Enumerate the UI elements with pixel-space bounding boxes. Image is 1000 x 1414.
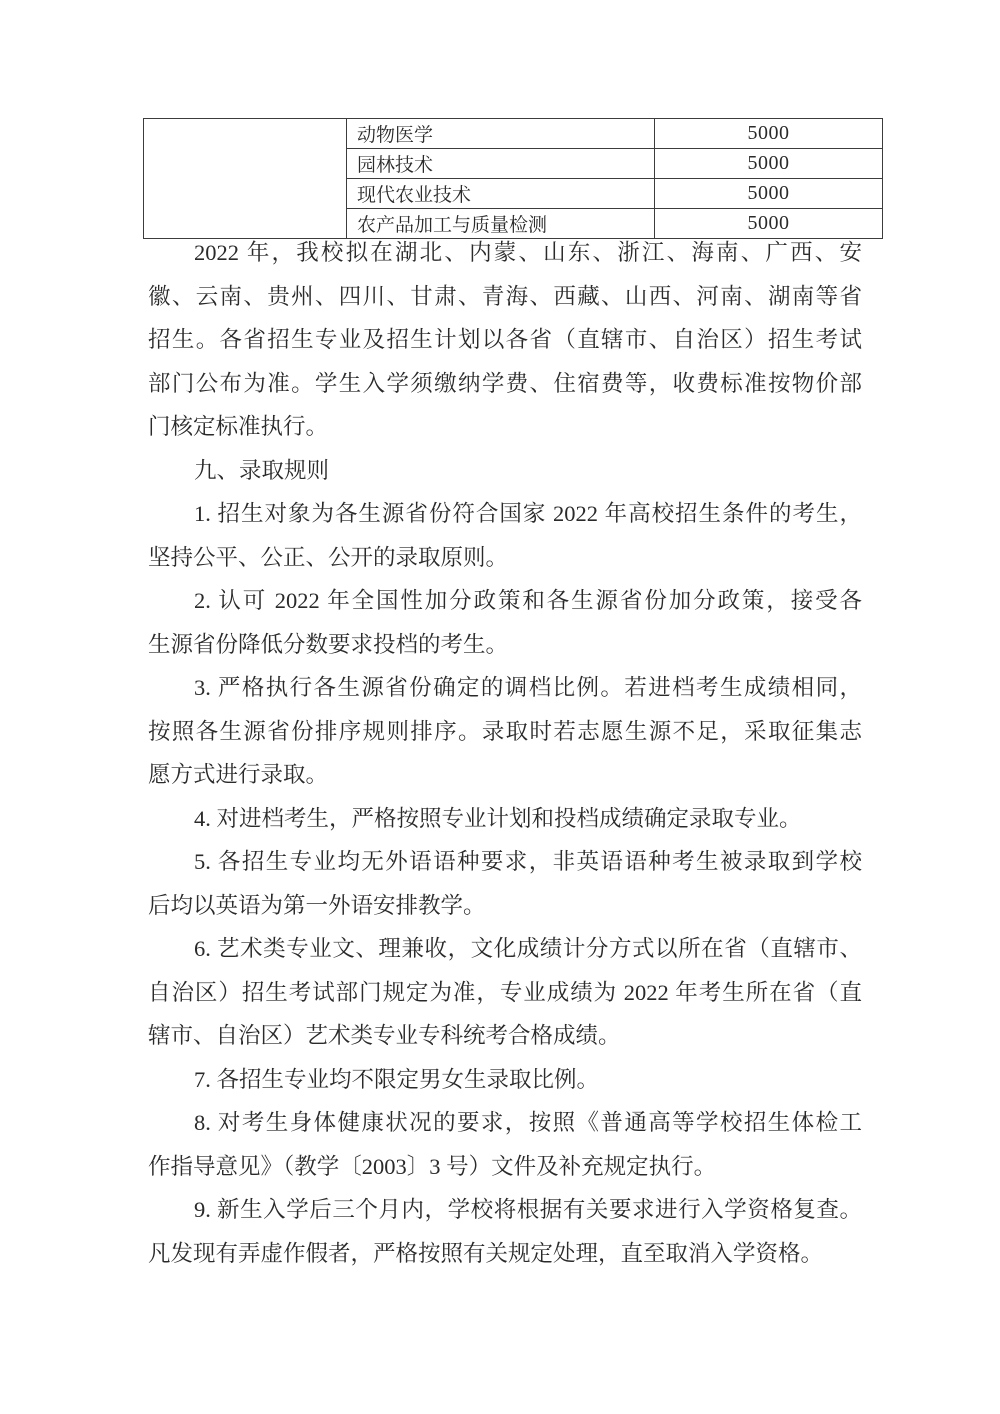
section-heading: 九、录取规则 [148, 449, 862, 493]
rule-item-3: 3. 严格执行各生源省份确定的调档比例。若进档考生成绩相同， 按照各生源省份排序… [148, 666, 862, 797]
rule-item-2: 2. 认可 2022 年全国性加分政策和各生源省份加分政策，接受各 生源省份降低… [148, 579, 862, 666]
text-line: 按照各生源省份排序规则排序。录取时若志愿生源不足，采取征集志 [148, 710, 862, 754]
text-line: 部门公布为准。学生入学须缴纳学费、住宿费等，收费标准按物价部 [148, 362, 862, 406]
text-line: 愿方式进行录取。 [148, 753, 862, 797]
text-line: 2. 认可 2022 年全国性加分政策和各生源省份加分政策，接受各 [148, 579, 862, 623]
text-line: 3. 严格执行各生源省份确定的调档比例。若进档考生成绩相同， [148, 666, 862, 710]
text-line: 1. 招生对象为各生源省份符合国家 2022 年高校招生条件的考生， [148, 492, 862, 536]
section-heading-text: 九、录取规则 [148, 449, 862, 493]
text-line: 门核定标准执行。 [148, 405, 862, 449]
rule-item-9: 9. 新生入学后三个月内，学校将根据有关要求进行入学资格复查。 凡发现有弄虚作假… [148, 1188, 862, 1275]
rule-item-6: 6. 艺术类专业文、理兼收，文化成绩计分方式以所在省（直辖市、 自治区）招生考试… [148, 927, 862, 1058]
text-line: 6. 艺术类专业文、理兼收，文化成绩计分方式以所在省（直辖市、 [148, 927, 862, 971]
table-cell-fee: 5000 [655, 119, 883, 149]
text-line: 4. 对进档考生，严格按照专业计划和投档成绩确定录取专业。 [148, 797, 862, 841]
table-cell-category-empty [144, 119, 347, 239]
table-cell-fee: 5000 [655, 149, 883, 179]
text-line: 2022 年，我校拟在湖北、内蒙、山东、浙江、海南、广西、安 [148, 231, 862, 275]
text-line: 凡发现有弄虚作假者，严格按照有关规定处理，直至取消入学资格。 [148, 1232, 862, 1276]
text-line: 生源省份降低分数要求投档的考生。 [148, 623, 862, 667]
text-line: 徽、云南、贵州、四川、甘肃、青海、西藏、山西、河南、湖南等省 [148, 275, 862, 319]
text-line: 8. 对考生身体健康状况的要求，按照《普通高等学校招生体检工 [148, 1101, 862, 1145]
text-line: 后均以英语为第一外语安排教学。 [148, 884, 862, 928]
text-line: 5. 各招生专业均无外语语种要求，非英语语种考生被录取到学校 [148, 840, 862, 884]
text-line: 7. 各招生专业均不限定男女生录取比例。 [148, 1058, 862, 1102]
document-body: 2022 年，我校拟在湖北、内蒙、山东、浙江、海南、广西、安 徽、云南、贵州、四… [148, 231, 862, 1275]
text-line: 招生。各省招生专业及招生计划以各省（直辖市、自治区）招生考试 [148, 318, 862, 362]
text-line: 辖市、自治区）艺术类专业专科统考合格成绩。 [148, 1014, 862, 1058]
table-row: 动物医学 5000 [144, 119, 883, 149]
text-line: 作指导意见》（教学〔2003〕3 号）文件及补充规定执行。 [148, 1145, 862, 1189]
rule-item-1: 1. 招生对象为各生源省份符合国家 2022 年高校招生条件的考生， 坚持公平、… [148, 492, 862, 579]
tuition-fee-table: 动物医学 5000 园林技术 5000 现代农业技术 5000 农产品加工与质量… [143, 118, 883, 239]
rule-item-7: 7. 各招生专业均不限定男女生录取比例。 [148, 1058, 862, 1102]
text-line: 自治区）招生考试部门规定为准，专业成绩为 2022 年考生所在省（直 [148, 971, 862, 1015]
text-line: 坚持公平、公正、公开的录取原则。 [148, 536, 862, 580]
rule-item-4: 4. 对进档考生，严格按照专业计划和投档成绩确定录取专业。 [148, 797, 862, 841]
table-cell-major: 现代农业技术 [347, 179, 655, 209]
rule-item-5: 5. 各招生专业均无外语语种要求，非英语语种考生被录取到学校 后均以英语为第一外… [148, 840, 862, 927]
text-line: 9. 新生入学后三个月内，学校将根据有关要求进行入学资格复查。 [148, 1188, 862, 1232]
table-cell-fee: 5000 [655, 179, 883, 209]
table-cell-major: 园林技术 [347, 149, 655, 179]
table-cell-major: 动物医学 [347, 119, 655, 149]
intro-paragraph: 2022 年，我校拟在湖北、内蒙、山东、浙江、海南、广西、安 徽、云南、贵州、四… [148, 231, 862, 449]
document-page: 动物医学 5000 园林技术 5000 现代农业技术 5000 农产品加工与质量… [0, 0, 1000, 1414]
rule-item-8: 8. 对考生身体健康状况的要求，按照《普通高等学校招生体检工 作指导意见》（教学… [148, 1101, 862, 1188]
